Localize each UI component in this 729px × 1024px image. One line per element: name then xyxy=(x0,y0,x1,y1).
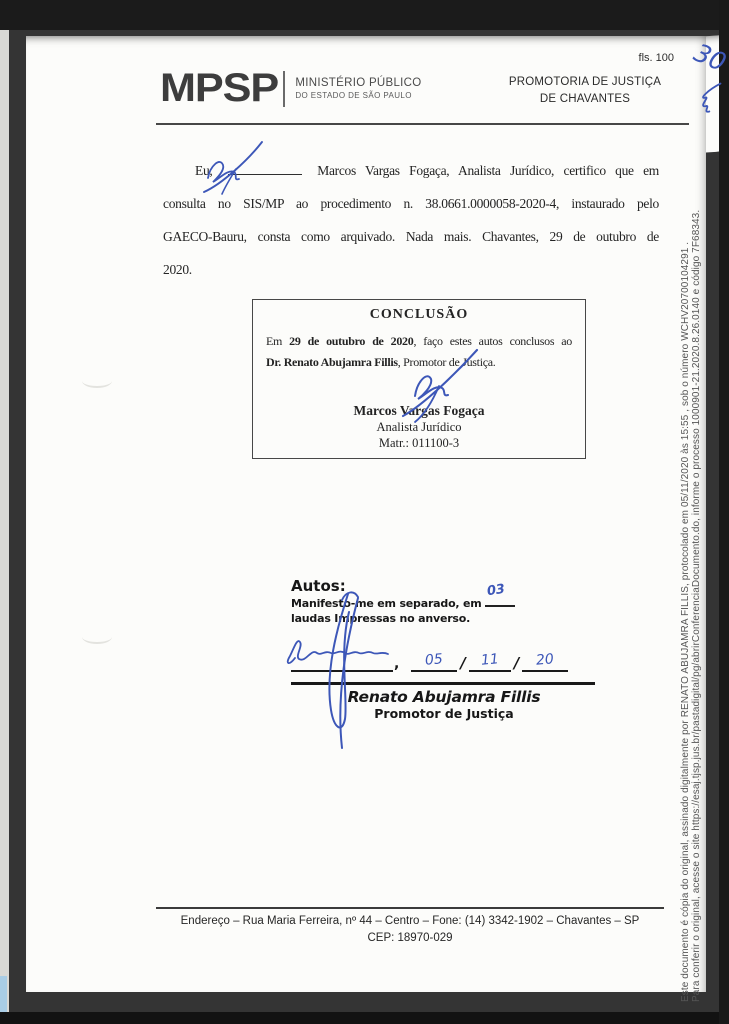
certificate-line1-rest: Marcos Vargas Fogaça, Analista Jurídico,… xyxy=(317,163,659,178)
scan-left-strip xyxy=(0,28,9,1014)
scan-right-frame xyxy=(719,0,729,1024)
day-blank: 05 xyxy=(411,644,457,672)
punch-hole-mark xyxy=(82,374,112,388)
handwritten-signature-certificate xyxy=(198,138,280,196)
conclusao-signer-id: Matr.: 011100-3 xyxy=(253,435,585,451)
org-line2: DO ESTADO DE SÃO PAULO xyxy=(295,91,421,100)
stamp-line2: Para conferir o original, acesse o site … xyxy=(692,210,703,1002)
certificate-line3: GAECO-Bauru, consta como arquivado. Nada… xyxy=(163,220,659,253)
footer-rule xyxy=(156,907,664,909)
footer-line1: Endereço – Rua Maria Ferreira, nº 44 – C… xyxy=(156,913,664,930)
punch-hole-mark xyxy=(82,630,112,644)
month-blank: 11 xyxy=(469,644,511,672)
conclusao-promotor-name: Dr. Renato Abujamra Fillis xyxy=(266,355,398,369)
mpsp-logo: MPSP MINISTÉRIO PÚBLICO DO ESTADO DE SÃO… xyxy=(160,66,422,111)
mpsp-logo-text: MPSP xyxy=(160,66,278,111)
handwritten-month: 11 xyxy=(480,649,500,670)
office-line1: PROMOTORIA DE JUSTIÇA xyxy=(490,74,680,91)
handwritten-day: 05 xyxy=(425,649,445,670)
footer-address: Endereço – Rua Maria Ferreira, nº 44 – C… xyxy=(156,913,664,947)
handwritten-year: 20 xyxy=(536,649,556,670)
pages-blank: 03 xyxy=(485,595,515,607)
folio-number: fls. 100 xyxy=(639,52,674,64)
certificate-line4: 2020. xyxy=(163,253,659,286)
handwritten-signature-flourish xyxy=(312,588,370,760)
conclusao-line1-pre: Em xyxy=(266,334,289,348)
digital-signature-stamp: Este documento é cópia do original, assi… xyxy=(681,210,702,1002)
scan-top-frame xyxy=(0,0,729,30)
org-line1: MINISTÉRIO PÚBLICO xyxy=(295,77,421,89)
header-rule xyxy=(156,123,689,125)
handwritten-pages: 03 xyxy=(486,582,506,599)
date-slash: / xyxy=(514,654,519,672)
office-line2: DE CHAVANTES xyxy=(490,91,680,108)
logo-divider xyxy=(283,71,285,107)
office-title: PROMOTORIA DE JUSTIÇA DE CHAVANTES xyxy=(490,74,680,107)
handwritten-signature-conclusao xyxy=(391,344,495,424)
stamp-line1: Este documento é cópia do original, assi… xyxy=(681,210,692,1002)
conclusao-title: CONCLUSÃO xyxy=(253,307,585,323)
scan-blue-strip xyxy=(0,976,7,1014)
document-page: fls. 100 PROMOTORIA DE JUSTIÇA DE CHAVAN… xyxy=(26,36,706,992)
date-slash: / xyxy=(460,654,465,672)
year-blank: 20 xyxy=(522,644,568,672)
conclusao-box: CONCLUSÃO Em 29 de outubro de 2020, faço… xyxy=(252,299,586,459)
logo-org-block: MINISTÉRIO PÚBLICO DO ESTADO DE SÃO PAUL… xyxy=(295,77,421,100)
footer-line2: CEP: 18970-029 xyxy=(156,930,664,947)
scan-bottom-frame xyxy=(0,1012,729,1024)
